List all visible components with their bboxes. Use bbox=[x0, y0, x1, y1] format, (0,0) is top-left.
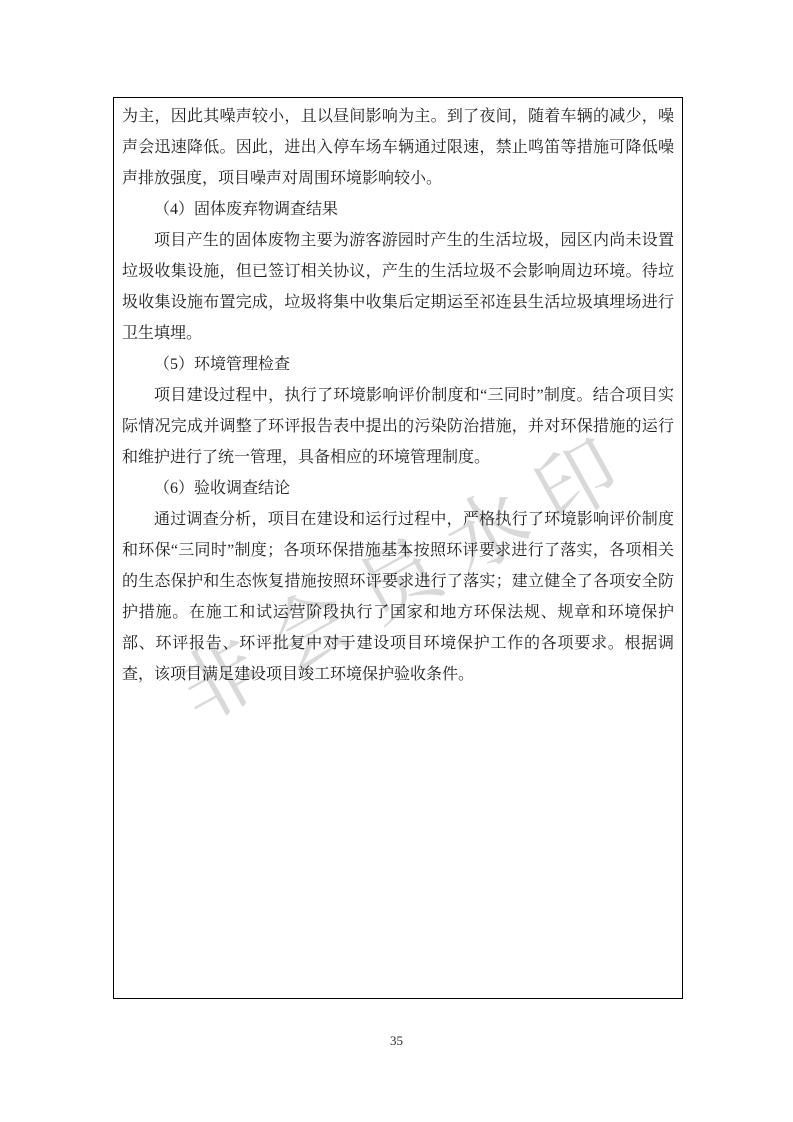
document-page: 非会员水印 为主，因此其噪声较小，且以昼间影响为主。到了夜间，随着车辆的减少，噪… bbox=[0, 0, 793, 1122]
paragraph: 为主，因此其噪声较小，且以昼间影响为主。到了夜间，随着车辆的减少，噪声会迅速降低… bbox=[122, 101, 674, 194]
paragraph: 通过调查分析，项目在建设和运行过程中，严格执行了环境影响评价制度和环保“三同时”… bbox=[122, 504, 674, 690]
paragraph: 项目建设过程中，执行了环境影响评价制度和“三同时”制度。结合项目实际情况完成并调… bbox=[122, 380, 674, 473]
paragraph: （5）环境管理检查 bbox=[122, 349, 674, 380]
paragraph: （4）固体废弃物调查结果 bbox=[122, 194, 674, 225]
content-table-cell: 为主，因此其噪声较小，且以昼间影响为主。到了夜间，随着车辆的减少，噪声会迅速降低… bbox=[113, 97, 683, 999]
paragraphs-container: 为主，因此其噪声较小，且以昼间影响为主。到了夜间，随着车辆的减少，噪声会迅速降低… bbox=[122, 101, 674, 690]
paragraph: （6）验收调查结论 bbox=[122, 473, 674, 504]
page-number: 35 bbox=[0, 1033, 793, 1049]
paragraph: 项目产生的固体废物主要为游客游园时产生的生活垃圾，园区内尚未设置垃圾收集设施，但… bbox=[122, 225, 674, 349]
